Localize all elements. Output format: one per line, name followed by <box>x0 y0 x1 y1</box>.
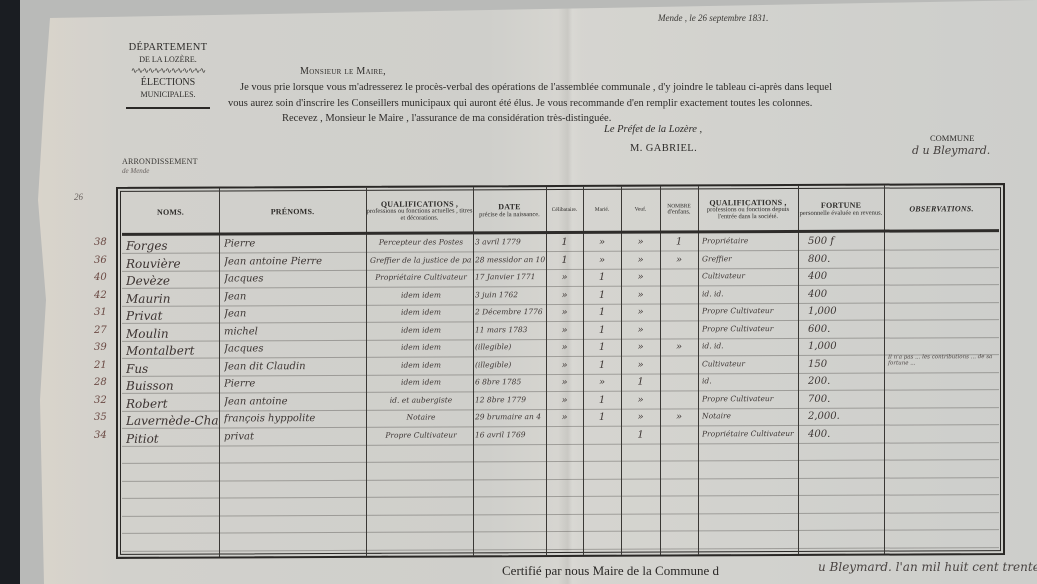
cell-veuf: » <box>621 289 660 300</box>
cell-prenom: Jean antoine Pierre <box>224 255 364 267</box>
cell-fortune: 1,000 <box>808 306 883 317</box>
row-number: 28 <box>94 377 107 388</box>
cell-marie: » <box>583 377 621 388</box>
cell-qualif-entree: Propre Cultivateur <box>702 306 797 315</box>
table-body: ForgesPierrePercepteur des Postes3 avril… <box>118 185 1003 189</box>
cell-marie: 1 <box>583 394 621 405</box>
cell-qualif-entree: Propriétaire Cultivateur <box>702 428 797 437</box>
cell-nom: Moulin <box>126 326 218 340</box>
department-block: DÉPARTEMENT DE LA LOZÈRE. ∿∿∿∿∿∿∿∿∿∿∿∿∿ … <box>118 42 218 109</box>
cell-qualif-entree: Propre Cultivateur <box>702 393 797 402</box>
cell-celib: » <box>546 307 583 318</box>
arrondissement-label: ARRONDISSEMENT <box>122 157 198 166</box>
cell-fortune: 500 f <box>808 236 883 247</box>
cell-nom: Forges <box>126 238 218 252</box>
cell-nom: Devèze <box>126 273 218 287</box>
cell-marie: 1 <box>583 272 621 283</box>
municipales-label: MUNICIPALES. <box>118 90 218 99</box>
signature-name: M. GABRIEL. <box>630 143 697 154</box>
cell-fortune: 600. <box>808 323 883 334</box>
salutation: Monsieur le Maire, <box>300 66 386 77</box>
col-divider <box>698 186 699 554</box>
cell-qualif: idem idem <box>370 377 472 386</box>
cell-celib: 1 <box>546 237 583 248</box>
cell-date: 12 8bre 1779 <box>475 395 545 404</box>
header-qualif-entree: QUALIFICATIONS ,professions ou fonctions… <box>698 190 798 230</box>
cell-date: 29 brumaire an 4 <box>475 412 545 421</box>
cell-enfans: » <box>660 411 698 422</box>
cell-prenom: privat <box>224 430 364 442</box>
header-veuf: Veuf. <box>621 191 660 231</box>
cell-prenom: françois hyppolite <box>224 413 364 425</box>
cell-prenom: Jacques <box>224 343 364 355</box>
commune-value: d u Bleymard. <box>912 144 990 157</box>
row-number: 34 <box>94 430 107 441</box>
certification-handwritten: u Bleymard. l'an mil huit cent trente un… <box>818 560 1037 574</box>
row-number: 32 <box>94 395 107 406</box>
cell-enfans: » <box>660 254 698 265</box>
cell-date: (illegible) <box>475 342 545 351</box>
arrondissement-value: de Mende <box>122 167 149 175</box>
cell-celib: » <box>546 289 583 300</box>
cell-marie: 1 <box>583 307 621 318</box>
cell-qualif: Percepteur des Postes <box>370 237 472 246</box>
ruled-line <box>122 512 999 517</box>
cell-marie: » <box>583 254 621 265</box>
cell-prenom: Pierre <box>224 238 364 250</box>
ruled-line <box>122 529 999 534</box>
cell-prenom: Jean <box>224 290 364 302</box>
cell-qualif: id. et aubergiste <box>370 395 472 404</box>
cell-veuf: » <box>621 254 660 265</box>
cell-qualif: Notaire <box>370 412 472 421</box>
row-number: 31 <box>94 307 107 318</box>
cell-prenom: Jean <box>224 308 364 320</box>
cell-date: 17 Janvier 1771 <box>475 272 545 281</box>
row-number: 35 <box>94 412 107 423</box>
cell-fortune: 200. <box>808 376 883 387</box>
cell-veuf: » <box>621 272 660 283</box>
cell-marie: 1 <box>583 324 621 335</box>
cell-fortune: 400 <box>808 288 883 299</box>
cell-fortune: 400 <box>808 271 883 282</box>
col-divider <box>884 186 885 554</box>
cell-celib: » <box>546 394 583 405</box>
cell-nom: Robert <box>126 396 218 410</box>
cell-date: 3 avril 1779 <box>475 237 545 246</box>
signature-title: Le Préfet de la Lozère , <box>604 124 702 135</box>
cell-date: 6 8bre 1785 <box>475 377 545 386</box>
cell-nom: Rouvière <box>126 256 218 270</box>
cell-date: 16 avril 1769 <box>475 430 545 439</box>
ruled-line <box>122 459 999 464</box>
cell-qualif: idem idem <box>370 307 472 316</box>
cell-celib: » <box>546 272 583 283</box>
cell-veuf: 1 <box>621 429 660 440</box>
cell-veuf: » <box>621 359 660 370</box>
cell-fortune: 1,000 <box>808 341 883 352</box>
cell-observations: Il n'a pas ... les contributions ... de … <box>888 354 998 368</box>
cell-fortune: 150 <box>808 358 883 369</box>
cell-marie: 1 <box>583 412 621 423</box>
cell-enfans: » <box>660 341 698 352</box>
cell-nom: Fus <box>126 361 218 375</box>
letter-line-1: Je vous prie lorsque vous m'adresserez l… <box>240 82 832 93</box>
row-number: 38 <box>94 237 107 248</box>
cell-fortune: 800. <box>808 253 883 264</box>
cell-prenom: Jean antoine <box>224 395 364 407</box>
cell-fortune: 2,000. <box>808 411 883 422</box>
row-number: 27 <box>94 325 107 336</box>
row-number: 39 <box>94 342 107 353</box>
cell-nom: Montalbert <box>126 343 218 357</box>
cell-celib: 1 <box>546 254 583 265</box>
cell-qualif: Greffier de la justice de paix <box>370 255 472 264</box>
cell-veuf: » <box>621 342 660 353</box>
header-qualifications: QUALIFICATIONS ,professions ou fonctions… <box>366 191 473 231</box>
margin-note: 26 <box>74 192 83 202</box>
col-divider <box>798 186 799 554</box>
cell-date: (illegible) <box>475 360 545 369</box>
header-enfans: NOMBREd'enfans. <box>660 190 698 230</box>
col-divider <box>219 188 220 556</box>
cell-veuf: » <box>621 237 660 248</box>
cell-nom: Lavernède-Chas <box>126 413 218 427</box>
cell-prenom: Jacques <box>224 273 364 285</box>
cell-nom: Buisson <box>126 378 218 392</box>
cell-prenom: michel <box>224 325 364 337</box>
cell-qualif: idem idem <box>370 325 472 334</box>
cell-marie: » <box>583 237 621 248</box>
cell-qualif-entree: Cultivateur <box>702 358 797 367</box>
department-name: DE LA LOZÈRE. <box>118 55 218 64</box>
place-date: Mende , le 26 septembre 1831. <box>658 13 768 23</box>
cell-prenom: Jean dit Claudin <box>224 360 364 372</box>
cell-qualif: idem idem <box>370 342 472 351</box>
header-date: DATEprécise de la naissance. <box>473 191 546 231</box>
ruled-line <box>122 477 999 482</box>
councillors-table: NOMS. PRÉNOMS. QUALIFICATIONS ,professio… <box>116 183 1005 559</box>
cell-date: 2 Décembre 1776 <box>475 307 545 316</box>
cell-qualif-entree: Propre Cultivateur <box>702 323 797 332</box>
cell-date: 11 mars 1783 <box>475 325 545 334</box>
cell-nom: Pitiot <box>126 431 218 445</box>
cell-qualif-entree: id. <box>702 376 797 385</box>
row-number: 21 <box>94 360 107 371</box>
cell-fortune: 700. <box>808 393 883 404</box>
cell-fortune: 400. <box>808 428 883 439</box>
cell-celib: » <box>546 342 583 353</box>
cell-celib: » <box>546 377 583 388</box>
cell-qualif-entree: Greffier <box>702 253 797 262</box>
cell-veuf: » <box>621 412 660 423</box>
cell-veuf: 1 <box>621 377 660 388</box>
cell-qualif: Propriétaire Cultivateur <box>370 272 472 281</box>
col-divider <box>473 187 474 555</box>
letter-line-2: vous aurez soin d'inscrire les Conseille… <box>228 98 812 109</box>
elections-label: ÉLECTIONS <box>118 77 218 88</box>
cell-veuf: » <box>621 324 660 335</box>
cell-marie: 1 <box>583 342 621 353</box>
cell-marie: 1 <box>583 359 621 370</box>
cell-celib: » <box>546 324 583 335</box>
cell-veuf: » <box>621 394 660 405</box>
cell-qualif-entree: id. id. <box>702 288 797 297</box>
cell-celib: » <box>546 412 583 423</box>
divider <box>126 107 210 109</box>
cell-prenom: Pierre <box>224 378 364 390</box>
department-label: DÉPARTEMENT <box>118 42 218 53</box>
cell-qualif: Propre Cultivateur <box>370 430 472 439</box>
ruled-line <box>122 442 999 447</box>
cell-qualif-entree: Propriétaire <box>702 236 797 245</box>
cell-celib: » <box>546 359 583 370</box>
certification-text: Certifié par nous Maire de la Commune d <box>502 563 719 579</box>
cell-qualif: idem idem <box>370 290 472 299</box>
ruled-line <box>122 547 999 552</box>
header-observations: OBSERVATIONS. <box>884 189 999 230</box>
cell-nom: Maurin <box>126 291 218 305</box>
header-fortune: FORTUNEpersonnelle évaluée en revenus. <box>798 190 884 230</box>
cell-qualif-entree: Cultivateur <box>702 271 797 280</box>
cell-qualif-entree: id. id. <box>702 341 797 350</box>
header-prenoms: PRÉNOMS. <box>219 192 366 233</box>
cell-marie: 1 <box>583 289 621 300</box>
cell-date: 28 messidor an 10 <box>475 255 545 264</box>
cell-veuf: » <box>621 307 660 318</box>
commune-label: COMMUNE <box>930 133 974 143</box>
header-noms: NOMS. <box>122 192 219 232</box>
cell-date: 3 juin 1762 <box>475 290 545 299</box>
cell-qualif-entree: Notaire <box>702 411 797 420</box>
row-number: 40 <box>94 272 107 283</box>
letter-line-3: Recevez , Monsieur le Maire , l'assuranc… <box>282 113 611 124</box>
row-number: 42 <box>94 290 107 301</box>
cell-qualif: idem idem <box>370 360 472 369</box>
header-celibataire: Célibataire. <box>546 191 583 231</box>
cell-enfans: 1 <box>660 236 698 247</box>
header-marie: Marié. <box>583 191 621 231</box>
row-number: 36 <box>94 255 107 266</box>
decorative-wave: ∿∿∿∿∿∿∿∿∿∿∿∿∿ <box>118 66 218 75</box>
ruled-line <box>122 494 999 499</box>
cell-nom: Privat <box>126 308 218 322</box>
col-divider <box>366 188 367 556</box>
